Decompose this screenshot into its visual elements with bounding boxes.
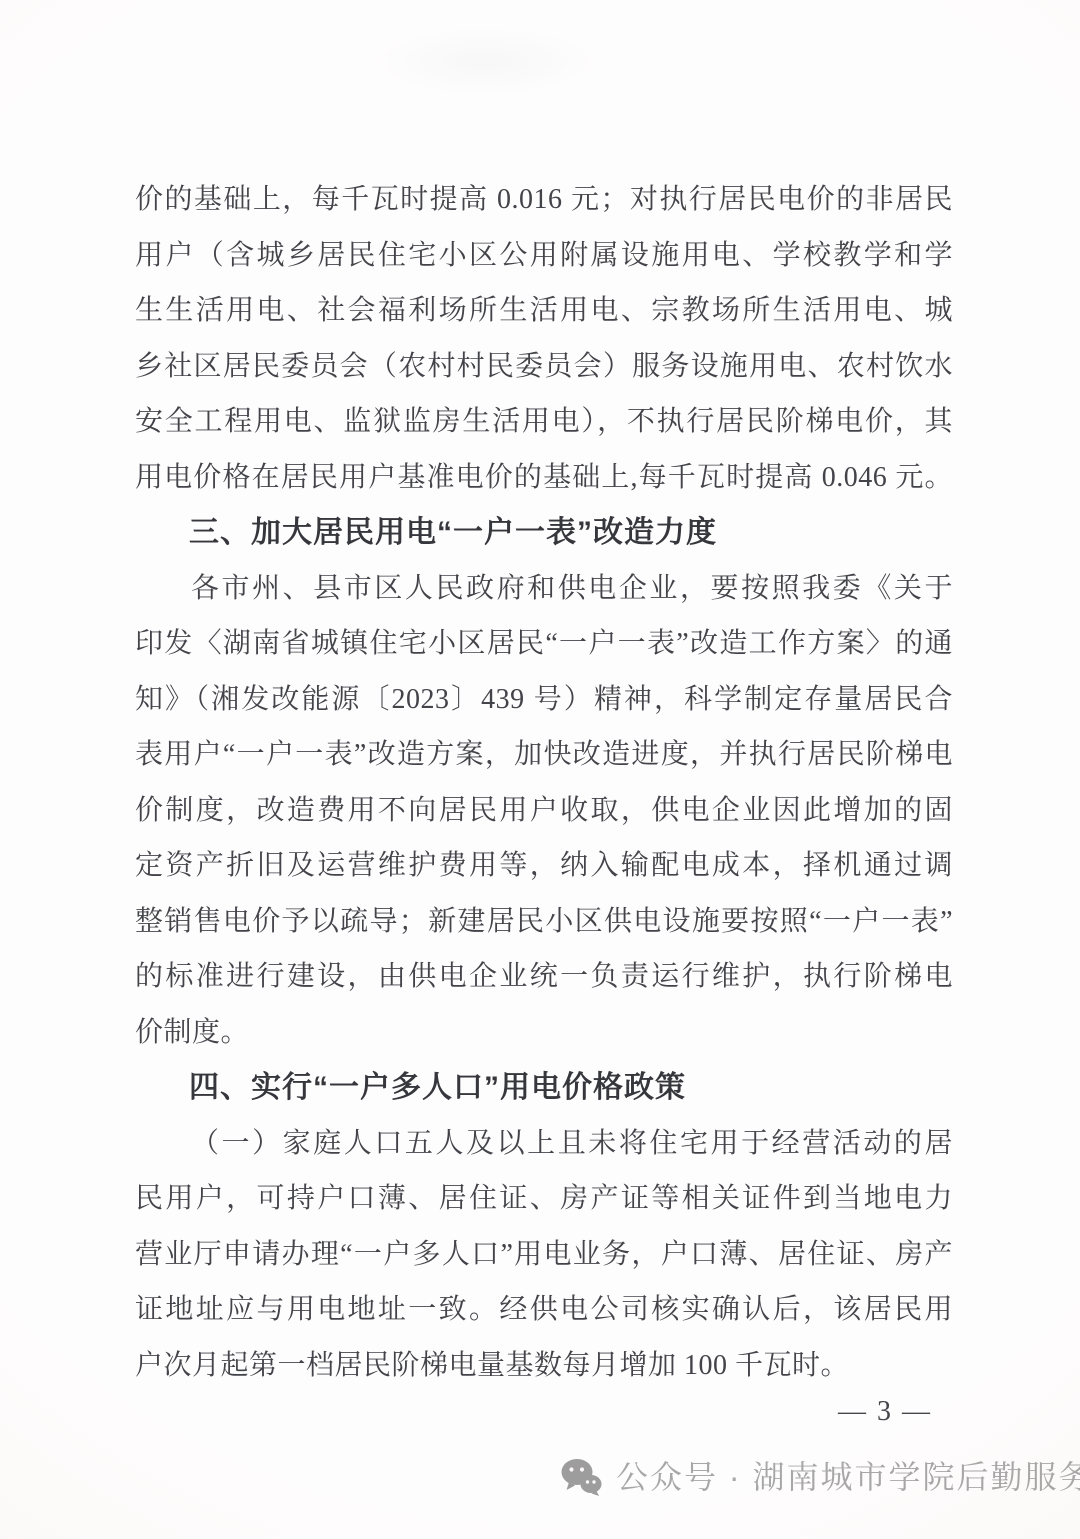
body-line: 用电价格在居民用户基准电价的基础上,每千瓦时提高 0.046 元。 [135,450,953,506]
body-line: 知》（湘发改能源〔2023〕439 号）精神，科学制定存量居民合 [135,672,953,728]
body-line: 证地址应与用电地址一致。经供电公司核实确认后，该居民用 [135,1282,953,1338]
wechat-icon [560,1458,602,1496]
document-page: 价的基础上，每千瓦时提高 0.016 元；对执行居民电价的非居民 用户（含城乡居… [0,0,1080,1539]
body-line: （一）家庭人口五人及以上且未将住宅用于经营活动的居 [135,1116,953,1172]
body-line: 价的基础上，每千瓦时提高 0.016 元；对执行居民电价的非居民 [135,172,953,228]
body-line: 价制度，改造费用不向居民用户收取，供电企业因此增加的固 [135,783,953,839]
body-line: 生生活用电、社会福利场所生活用电、宗教场所生活用电、城 [135,283,953,339]
footer-watermark-text: 公众号 · 湖南城市学院后勤服务 [616,1458,1080,1496]
body-line: 的标准进行建设，由供电企业统一负责运行维护，执行阶梯电 [135,949,953,1005]
body-line: 户次月起第一档居民阶梯电量基数每月增加 100 千瓦时。 [135,1338,953,1394]
section-heading-3: 三、加大居民用电“一户一表”改造力度 [135,505,953,561]
body-line: 各市州、县市区人民政府和供电企业，要按照我委《关于 [135,561,953,617]
body-line: 营业厅申请办理“一户多人口”用电业务，户口薄、居住证、房产 [135,1227,953,1283]
body-line: 安全工程用电、监狱监房生活用电），不执行居民阶梯电价，其 [135,394,953,450]
document-body: 价的基础上，每千瓦时提高 0.016 元；对执行居民电价的非居民 用户（含城乡居… [135,172,953,1393]
body-line: 表用户“一户一表”改造方案，加快改造进度，并执行居民阶梯电 [135,727,953,783]
body-line: 价制度。 [135,1005,953,1061]
footer-watermark: 公众号 · 湖南城市学院后勤服务 [560,1458,1080,1496]
body-line: 乡社区居民委员会（农村村民委员会）服务设施用电、农村饮水 [135,339,953,395]
section-heading-4: 四、实行“一户多人口”用电价格政策 [135,1060,953,1116]
body-line: 定资产折旧及运营维护费用等，纳入输配电成本，择机通过调 [135,838,953,894]
body-line: 民用户，可持户口薄、居住证、房产证等相关证件到当地电力 [135,1171,953,1227]
body-line: 整销售电价予以疏导；新建居民小区供电设施要按照“一户一表” [135,894,953,950]
body-line: 印发〈湖南省城镇住宅小区居民“一户一表”改造工作方案〉的通 [135,616,953,672]
body-line: 用户（含城乡居民住宅小区公用附属设施用电、学校教学和学 [135,228,953,284]
page-number: — 3 — [838,1392,932,1432]
